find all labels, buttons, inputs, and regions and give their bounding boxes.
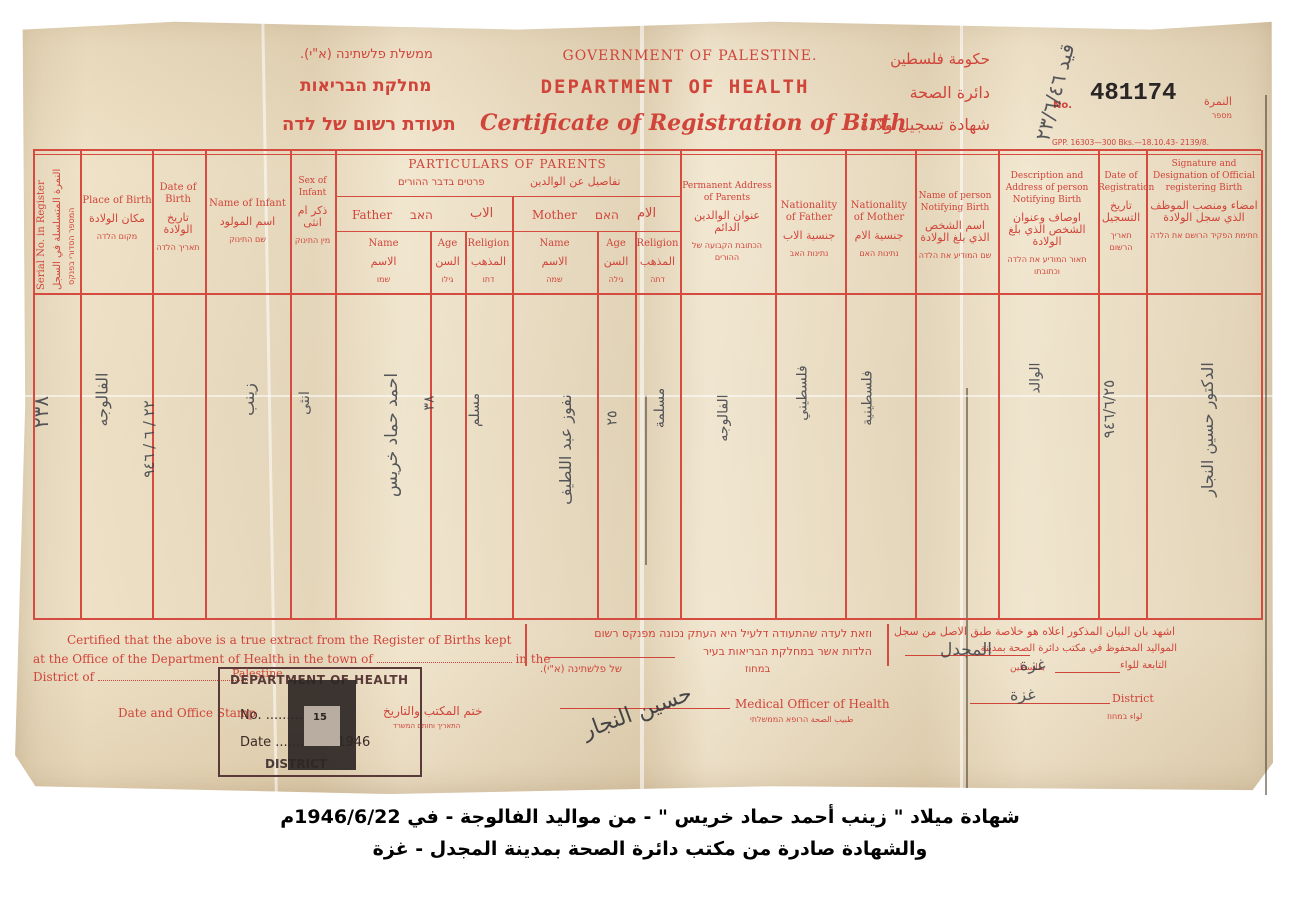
footer-ar-line3: التابعة للواء	[1120, 660, 1167, 671]
parents-title-he: פרטים בדבר ההורים	[398, 177, 485, 188]
district-line-ar-top	[1055, 672, 1120, 673]
footer-ar-line1: اشهد بان البيان المذكور اعلاه هو خلاصة ط…	[905, 625, 1175, 638]
col-sex-ar: ذكر ام انثى	[290, 205, 335, 229]
col-nat-father-en: Nationality of Father	[781, 200, 837, 223]
english-government: GOVERNMENT OF PALESTINE.	[500, 48, 880, 64]
parent-subcolumn-en: Name	[539, 238, 569, 249]
parent-subcolumn-he: גילו	[430, 274, 465, 286]
col-sex-he: מין התינוק	[290, 235, 335, 247]
district-handwritten: غزة	[1010, 685, 1036, 704]
footer-he-line2: הלדות אשר במחלקת הבריאות בעיר	[680, 645, 872, 658]
entry-mother-age: ٢٥	[605, 410, 621, 425]
stamp-date-label: Date	[240, 735, 271, 750]
col-dob-ar: تاريخ الولادة	[152, 212, 204, 236]
table-bottom-border	[33, 618, 1261, 620]
col-nat-father-he: נתינות האב	[775, 248, 843, 260]
col-nat-father-ar: جنسية الاب	[775, 230, 843, 242]
town-handwritten: المجدل	[940, 640, 992, 660]
footer-he-line1: וזאת לעדה שהתעודה דלעיל היא העתק נכונה מ…	[542, 627, 872, 640]
mother-label-he: האם	[595, 208, 619, 222]
english-department: DEPARTMENT OF HEALTH	[490, 76, 860, 98]
parent-subcolumn-header: Nameالاسمשמו	[337, 238, 430, 286]
parent-subcolumn-he: דתה	[635, 274, 680, 286]
parents-title-en: PARTICULARS OF PARENTS	[408, 157, 606, 171]
footer-divider	[887, 624, 889, 666]
parent-subcolumn-ar: السن	[597, 256, 635, 268]
parent-subcolumn-ar: السن	[430, 256, 465, 268]
arabic-government: حكومة فلسطين	[880, 50, 990, 68]
col-infant-he: שם התינוק	[205, 234, 290, 246]
hebrew-title: תעודת רשום של לדה	[282, 114, 456, 135]
medical-officer-label: Medical Officer of Health	[735, 697, 890, 711]
parent-subcolumn-header: Nameالاسمשמה	[512, 238, 597, 286]
fold-crease	[10, 395, 1278, 397]
entry-mother-religion: مسلمة	[652, 388, 668, 428]
footer-en-line1: Certified that the above is a true extra…	[67, 633, 511, 647]
table-column-line	[635, 231, 637, 620]
district-line	[970, 703, 1110, 704]
col-address-ar: عنوان الوالدين الدائم	[682, 210, 772, 234]
col-sex-of-infant: Sex of Infant ذكر ام انثى מין התינוק	[290, 175, 335, 247]
table-top-border	[33, 149, 1261, 151]
parents-title-ar: تفاصيل عن الوالدين	[530, 175, 621, 188]
col-place-he: מקום הלדה	[82, 231, 152, 243]
col-address-en: Permanent Address of Parents	[682, 181, 771, 203]
district-label: District	[1112, 692, 1154, 705]
col-nationality-father: Nationality of Father جنسية الاب נתינות …	[775, 200, 843, 260]
table-column-line	[335, 150, 337, 620]
parents-title-divider	[335, 196, 680, 197]
col-nationality-mother: Nationality of Mother جنسية الام נתינות …	[845, 200, 913, 260]
fold-crease	[966, 388, 968, 788]
english-title: Certificate of Registration of Birth	[480, 110, 880, 136]
col-registrar-ar: امضاء ومنصب الموظف الذي سجل الولادة	[1148, 200, 1260, 224]
col-serial-he: המספר הסדורי בפנקס	[67, 208, 76, 285]
col-reg-date-he: תאריך הרשום	[1098, 230, 1144, 254]
parent-subcolumn-en: Age	[438, 238, 458, 249]
entry-sex: انثى	[297, 391, 313, 415]
arabic-number-text: النمرة	[1204, 95, 1232, 108]
parent-subcolumn-header: Ageالسنגילו	[430, 238, 465, 286]
table-column-line	[430, 231, 432, 620]
entry-serial: ٢٣٨	[29, 396, 53, 428]
col-registrar-he: חתימת הפקיד הרושם את הלדה	[1148, 230, 1260, 242]
col-registrar-signature: Signature and Designation of Official re…	[1148, 158, 1260, 242]
col-name-of-infant: Name of Infant اسم المولود שם התינוק	[205, 198, 290, 246]
parent-subcolumn-en: Age	[606, 238, 626, 249]
arabic-number-label: النمرة מספר	[1204, 95, 1232, 122]
col-notifier-name: Name of person Notifying Birth اسم الشخص…	[915, 190, 995, 262]
parent-subcolumn-ar: الاسم	[512, 256, 597, 268]
parent-subcolumn-he: שמה	[512, 274, 597, 286]
fold-crease	[1265, 95, 1267, 795]
entry-father-age: ٣٨	[422, 395, 438, 410]
parent-subcolumn-header: Ageالسنגילה	[597, 238, 635, 286]
revenue-stamp-value: 15	[313, 712, 327, 723]
parent-subcolumn-en: Religion	[637, 238, 679, 249]
col-permanent-address: Permanent Address of Parents عنوان الوال…	[682, 180, 772, 264]
parent-subcolumn-ar: المذهب	[635, 256, 680, 268]
entry-father-name: احمد حماد خريس	[382, 373, 402, 497]
hebrew-number-text: מספר	[1212, 111, 1232, 120]
arabic-department: دائرة الصحة	[880, 83, 990, 102]
hebrew-department: מחלקת הבריאות	[300, 76, 431, 96]
parent-subcolumn-ar: الاسم	[337, 256, 430, 268]
col-address-he: הכתובת הקבועה של ההורים	[682, 240, 772, 264]
entry-nationality-father: فلسطيني	[795, 365, 811, 420]
col-sex-en: Sex of Infant	[298, 176, 326, 198]
footer-he-line3a: במחוז	[745, 664, 770, 675]
col-date-of-birth: Date of Birth تاريخ الولادة תאריך הלדה	[152, 182, 204, 254]
col-dob-he: תאריך הלדה	[152, 242, 204, 254]
entry-place-of-birth: الفالوجه	[92, 373, 111, 427]
hebrew-government: ממשלת פלשתינה (א"י).	[300, 47, 433, 62]
stamp-number-label: No.	[240, 708, 262, 723]
parent-subcolumn-ar: المذهب	[465, 256, 512, 268]
district-sub: لواء במחוז	[1107, 712, 1142, 721]
col-registrar-en: Signature and Designation of Official re…	[1153, 159, 1255, 193]
parent-subcolumn-en: Religion	[468, 238, 510, 249]
col-nat-mother-he: נתינות האם	[845, 248, 913, 260]
entry-name-of-infant: زينب	[239, 383, 258, 416]
footer-he-line3b: של פלשתינה (א"י).	[540, 664, 622, 675]
parent-subcolumn-header: Religionالمذهبדתה	[635, 238, 680, 286]
entry-date-of-registration: ٩٤٦/٦/٢٥	[1100, 380, 1118, 438]
entry-notifier: الوالد	[1027, 363, 1043, 394]
arabic-title: شهادة تسجيل ولادة	[840, 115, 990, 134]
footer-en-line3: District of	[33, 670, 248, 684]
parent-subcolumn-he: דתו	[465, 274, 512, 286]
town-blank	[377, 662, 512, 663]
entry-mother-name: نفوز عبد اللطيف	[556, 394, 575, 505]
parent-subcolumn-en: Name	[368, 238, 398, 249]
town-line-he	[545, 657, 675, 658]
col-desc-he: תאור המודיע את הלדה וכתובתו	[998, 254, 1096, 278]
entry-address: الفالوجه	[716, 394, 732, 441]
father-label-en: Father	[352, 208, 392, 222]
col-desc-en: Description and Address of person Notify…	[1006, 171, 1089, 205]
col-nat-mother-en: Nationality of Mother	[851, 200, 907, 223]
col-infant-en: Name of Infant	[209, 198, 286, 209]
parents-subheader-divider	[335, 231, 680, 232]
col-notifier-description: Description and Address of person Notify…	[998, 170, 1096, 278]
entry-registrar: الدكتور حسين النجار	[1198, 362, 1217, 497]
col-serial-ar: النمرة المتسلسلة في السجل	[52, 169, 63, 290]
col-place-ar: مكان الولادة	[82, 213, 152, 225]
caption-line-1: شهادة ميلاد " زينب أحمد حماد خريس " - من…	[0, 806, 1300, 828]
mother-label-ar: الام	[637, 206, 656, 221]
col-date-of-registration: Date of Registration تاريخ التسجيل תאריך…	[1098, 170, 1144, 254]
entry-father-religion: مسلم	[467, 393, 483, 427]
medical-officer-sub: طبيب الصحة הרופא הממשלתי	[750, 715, 853, 724]
parent-subcolumn-he: גילה	[597, 274, 635, 286]
district-handwritten-top: غزة	[1020, 655, 1046, 674]
table-column-line	[1261, 150, 1263, 620]
footer-divider	[525, 624, 527, 666]
col-infant-ar: اسم المولود	[205, 216, 290, 228]
col-dob-en: Date of Birth	[160, 182, 197, 205]
col-place-en: Place of Birth	[82, 195, 151, 206]
caption-line-2: والشهادة صادرة من مكتب دائرة الصحة بمدين…	[0, 838, 1300, 860]
parent-subcolumn-he: שמו	[337, 274, 430, 286]
print-code: GPP. 16303—300 Bks.—18.10.43- 2139/8.	[1052, 138, 1209, 147]
parents-title: PARTICULARS OF PARENTS	[335, 158, 680, 170]
col-desc-ar: اوصاف وعنوان الشخص الذي بلغ الولادة	[998, 212, 1096, 248]
footer-en-line2: at the Office of the Department of Healt…	[33, 652, 551, 666]
footer-en-line2-text: at the Office of the Department of Healt…	[33, 652, 373, 666]
col-serial-en: Serial No. in Register	[36, 180, 47, 290]
col-notifier-ar: اسم الشخص الذي بلغ الولادة	[915, 220, 995, 244]
entry-date-of-birth: ٢٢ / ٦ / ٩٤٦	[140, 400, 158, 478]
footer-ar-line2: المواليد المحفوظ في مكتب دائرة الصحة بمد…	[1030, 643, 1177, 654]
table-column-line	[33, 150, 35, 620]
col-place-of-birth: Place of Birth مكان الولادة מקום הלדה	[82, 195, 152, 243]
header-bottom-border	[33, 293, 1261, 295]
certificate-number: 481174	[1090, 80, 1176, 107]
col-notifier-en: Name of person Notifying Birth	[919, 191, 992, 213]
table-column-line	[597, 231, 599, 620]
mother-label-en: Mother	[532, 208, 577, 222]
parent-subcolumn-header: Religionالمذهبדתו	[465, 238, 512, 286]
father-label-ar: الاب	[470, 206, 493, 221]
col-reg-date-ar: تاريخ التسجيل	[1098, 200, 1144, 224]
father-label-he: האב	[410, 208, 433, 222]
entry-nationality-mother: فلسطينية	[860, 370, 876, 425]
table-top-border	[33, 154, 1261, 155]
col-nat-mother-ar: جنسية الام	[845, 230, 913, 242]
col-notifier-he: שם המודיע את הלדה	[915, 250, 995, 262]
footer-en-line3-text: District of	[33, 670, 94, 684]
fold-crease	[645, 395, 647, 565]
